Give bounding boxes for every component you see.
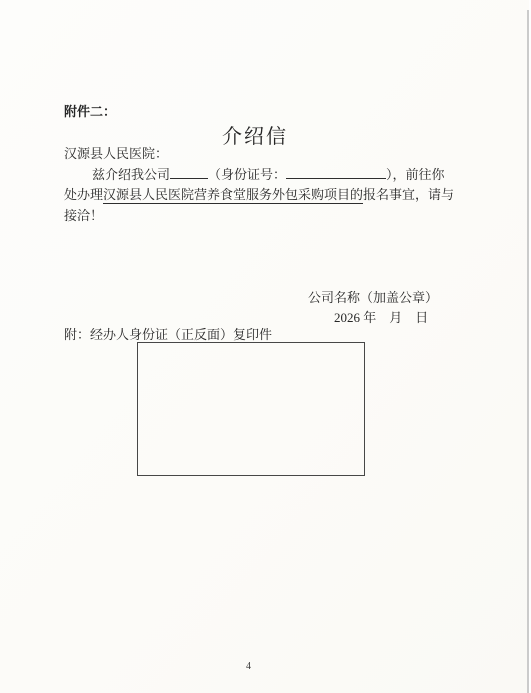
signature-date-line: 2026 年 月 日 (334, 308, 428, 329)
body-line-2: 处办理汉源县人民医院营养食堂服务外包采购项目的报名事宜，请与 (64, 185, 454, 206)
page-number: 4 (246, 661, 251, 672)
id-number-blank (286, 166, 386, 179)
body-line1-text1: 兹介绍我公司 (92, 167, 170, 182)
project-name-underlined: 汉源县人民医院营养食堂服务外包采购项目的 (103, 187, 363, 204)
company-name-blank (170, 166, 208, 179)
signature-company-line: 公司名称（加盖公章） (308, 288, 438, 309)
body-line2-prefix: 处办理 (64, 187, 103, 202)
scanned-letter-page: 附件二： 介绍信 汉源县人民医院： 兹介绍我公司（身份证号：），前往你 处办理汉… (0, 0, 531, 693)
body-line-3: 接洽！ (64, 206, 103, 227)
body-line2-suffix: 报名事宜，请与 (363, 187, 454, 202)
body-line1-text3: ），前往你 (386, 167, 445, 182)
idcard-copy-box (137, 342, 365, 476)
body-line1-text2: （身份证号： (208, 167, 286, 182)
salutation: 汉源县人民医院： (64, 144, 168, 165)
body-line-1: 兹介绍我公司（身份证号：），前往你 (92, 165, 445, 186)
